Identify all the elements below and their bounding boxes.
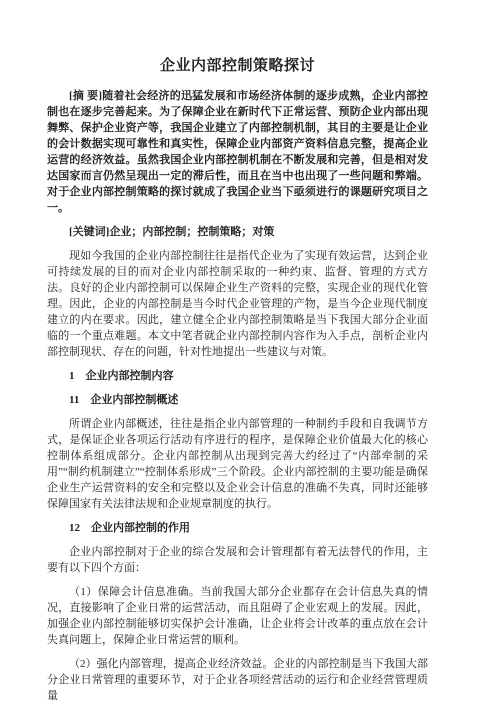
point-2-paragraph: （2）强化内部管理，提高企业经济效益。企业的内部控制是当下我国大部分企业日常管理… xyxy=(47,656,428,704)
heading-section-1-1: 11 企业内部控制概述 xyxy=(47,392,428,408)
role-intro-paragraph: 企业内部控制对于企业的综合发展和会计管理都有着无法替代的作用，主要有以下四个方面… xyxy=(47,544,428,576)
abstract-paragraph: [摘 要]随着社会经济的迅猛发展和市场经济体制的逐步成熟，企业内部控制也在逐步完… xyxy=(47,88,428,216)
document-title: 企业内部控制策略探讨 xyxy=(47,56,428,76)
keywords-line: [关键词]企业；内部控制；控制策略；对策 xyxy=(47,224,428,240)
document-page: 企业内部控制策略探讨 [摘 要]随着社会经济的迅猛发展和市场经济体制的逐步成熟，… xyxy=(0,0,500,707)
heading-section-1: 1 企业内部控制内容 xyxy=(47,368,428,384)
point-1-paragraph: （1）保障会计信息准确。当前我国大部分企业都存在会计信息失真的情况，直接影响了企… xyxy=(47,584,428,648)
overview-paragraph: 所谓企业内部概述，往往是指企业内部管理的一种制约手段和自我调节方式，是保证企业各… xyxy=(47,416,428,512)
heading-section-1-2: 12 企业内部控制的作用 xyxy=(47,520,428,536)
intro-paragraph: 现如今我国的企业内部控制往往是指代企业为了实现有效运营，达到企业可持续发展的目的… xyxy=(47,248,428,360)
